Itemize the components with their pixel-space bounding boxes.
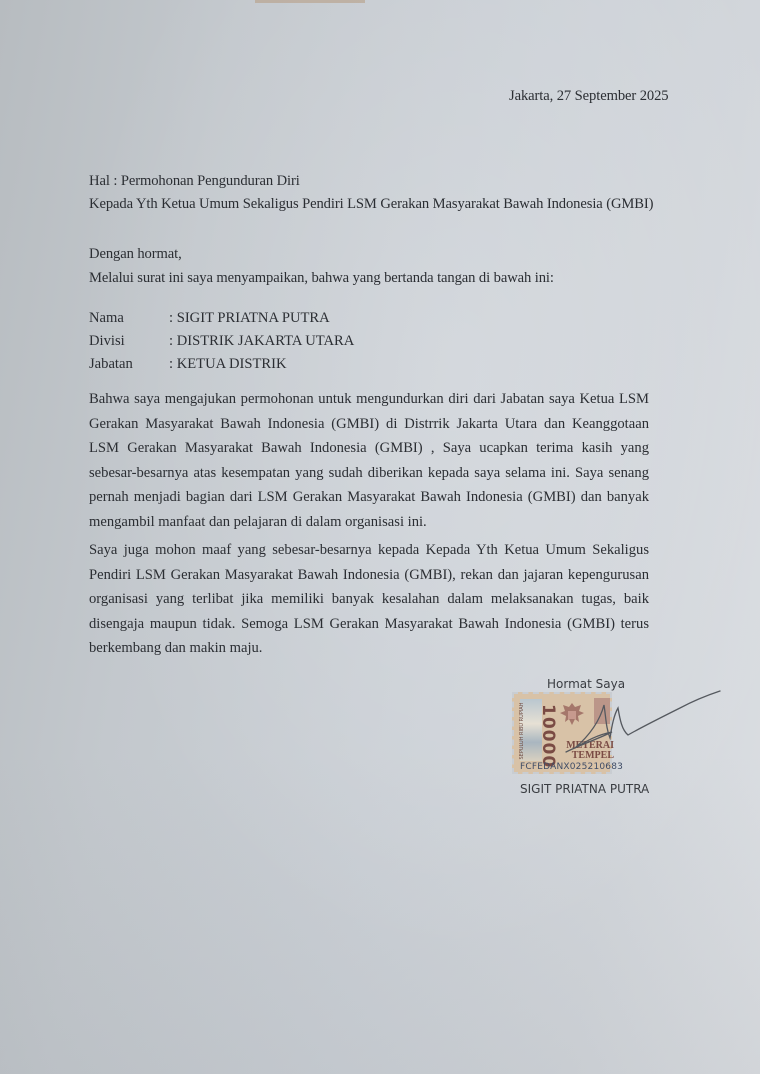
stamp-serial: FCFEDANX025210683	[520, 762, 623, 772]
handwritten-signature	[0, 0, 760, 1074]
stamp-side-text: SEPULUH RIBU RUPIAH	[519, 701, 525, 761]
paper-edge	[255, 0, 365, 3]
body-paragraph-1: Bahwa saya mengajukan permohonan untuk m…	[89, 387, 649, 534]
field-value: : DISTRIK JAKARTA UTARA	[169, 333, 354, 350]
intro-line: Melalui surat ini saya menyampaikan, bah…	[89, 270, 554, 287]
place-date: Jakarta, 27 September 2025	[509, 88, 669, 105]
stamp-label-line2: TEMPEL	[556, 751, 614, 761]
field-value: : SIGIT PRIATNA PUTRA	[169, 310, 330, 327]
subject-line: Hal : Permohonan Pengunduran Diri	[89, 173, 300, 190]
stamp-value: 10000	[538, 704, 558, 764]
field-label: Divisi	[89, 333, 169, 350]
field-row-name: Nama: SIGIT PRIATNA PUTRA	[89, 310, 330, 327]
paper-background	[0, 0, 760, 1074]
body-paragraph-2: Saya juga mohon maaf yang sebesar-besarn…	[89, 538, 649, 661]
field-row-position: Jabatan: KETUA DISTRIK	[89, 356, 287, 373]
stamp-label: METERAI TEMPEL	[556, 741, 614, 761]
signer-name: SIGIT PRIATNA PUTRA	[520, 782, 649, 796]
recipient-line: Kepada Yth Ketua Umum Sekaligus Pendiri …	[89, 196, 653, 213]
garuda-emblem-icon	[558, 700, 586, 730]
field-value: : KETUA DISTRIK	[169, 356, 287, 373]
flag-graphic	[594, 698, 610, 724]
field-label: Nama	[89, 310, 169, 327]
revenue-stamp: SEPULUH RIBU RUPIAH 10000 METERAI TEMPEL…	[512, 692, 612, 774]
field-label: Jabatan	[89, 356, 169, 373]
closing: Hormat Saya	[547, 677, 625, 691]
field-row-division: Divisi: DISTRIK JAKARTA UTARA	[89, 333, 354, 350]
greeting: Dengan hormat,	[89, 246, 182, 263]
